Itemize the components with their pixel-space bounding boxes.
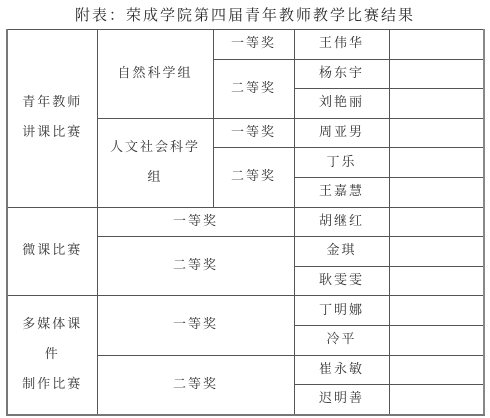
- winner-cell: 周亚男: [294, 118, 389, 148]
- group-line: 自然科学组: [98, 65, 213, 83]
- winner-cell: 耿雯雯: [294, 266, 389, 296]
- blank-cell: [389, 59, 484, 89]
- blank-cell: [389, 30, 484, 60]
- blank-cell: [389, 355, 484, 385]
- blank-cell: [389, 148, 484, 178]
- blank-cell: [389, 177, 484, 207]
- category-cell-micro-lesson: 微课比赛: [7, 207, 97, 296]
- winner-cell: 冷平: [294, 325, 389, 355]
- winner-cell: 金琪: [294, 237, 389, 267]
- blank-cell: [389, 237, 484, 267]
- award-cell: 一等奖: [97, 296, 294, 355]
- winner-cell: 杨东宇: [294, 59, 389, 89]
- table-row: 多媒体课 件 制作比赛 一等奖 丁明娜: [7, 296, 484, 326]
- group-cell-humanities: 人文社会科学 组: [97, 118, 213, 207]
- winner-cell: 王伟华: [294, 30, 389, 60]
- category-line: 件: [8, 340, 97, 370]
- table-row: 微课比赛 一等奖 胡继红: [7, 207, 484, 237]
- table-row: 青年教师 讲课比赛 自然科学组 一等奖 王伟华: [7, 30, 484, 60]
- winner-cell: 崔永敏: [294, 355, 389, 385]
- blank-cell: [389, 207, 484, 237]
- winner-cell: 王嘉慧: [294, 177, 389, 207]
- winner-cell: 胡继红: [294, 207, 389, 237]
- category-line: 青年教师: [8, 88, 97, 118]
- blank-cell: [389, 118, 484, 148]
- award-cell: 一等奖: [213, 30, 294, 60]
- award-cell: 一等奖: [213, 118, 294, 148]
- category-line: 制作比赛: [8, 370, 97, 400]
- award-cell: 二等奖: [213, 59, 294, 118]
- winner-cell: 丁乐: [294, 148, 389, 178]
- document-title: 附表：荣成学院第四届青年教师教学比赛结果: [0, 4, 490, 25]
- group-cell-natural-science: 自然科学组: [97, 30, 213, 119]
- category-line: 多媒体课: [8, 310, 97, 340]
- winner-cell: 丁明娜: [294, 296, 389, 326]
- award-cell: 一等奖: [97, 207, 294, 237]
- results-table: 青年教师 讲课比赛 自然科学组 一等奖 王伟华 二等奖 杨东宇 刘艳丽 人文社会…: [6, 29, 485, 416]
- award-cell: 二等奖: [213, 148, 294, 207]
- winner-cell: 迟明善: [294, 385, 389, 415]
- blank-cell: [389, 296, 484, 326]
- blank-cell: [389, 266, 484, 296]
- award-cell: 二等奖: [97, 237, 294, 296]
- blank-cell: [389, 385, 484, 415]
- category-cell-lecture: 青年教师 讲课比赛: [7, 30, 97, 208]
- group-line: 组: [98, 163, 213, 193]
- blank-cell: [389, 325, 484, 355]
- blank-cell: [389, 89, 484, 119]
- award-cell: 二等奖: [97, 355, 294, 415]
- category-cell-multimedia: 多媒体课 件 制作比赛: [7, 296, 97, 415]
- category-line: 微课比赛: [8, 242, 97, 260]
- category-line: 讲课比赛: [8, 118, 97, 148]
- winner-cell: 刘艳丽: [294, 89, 389, 119]
- group-line: 人文社会科学: [98, 133, 213, 163]
